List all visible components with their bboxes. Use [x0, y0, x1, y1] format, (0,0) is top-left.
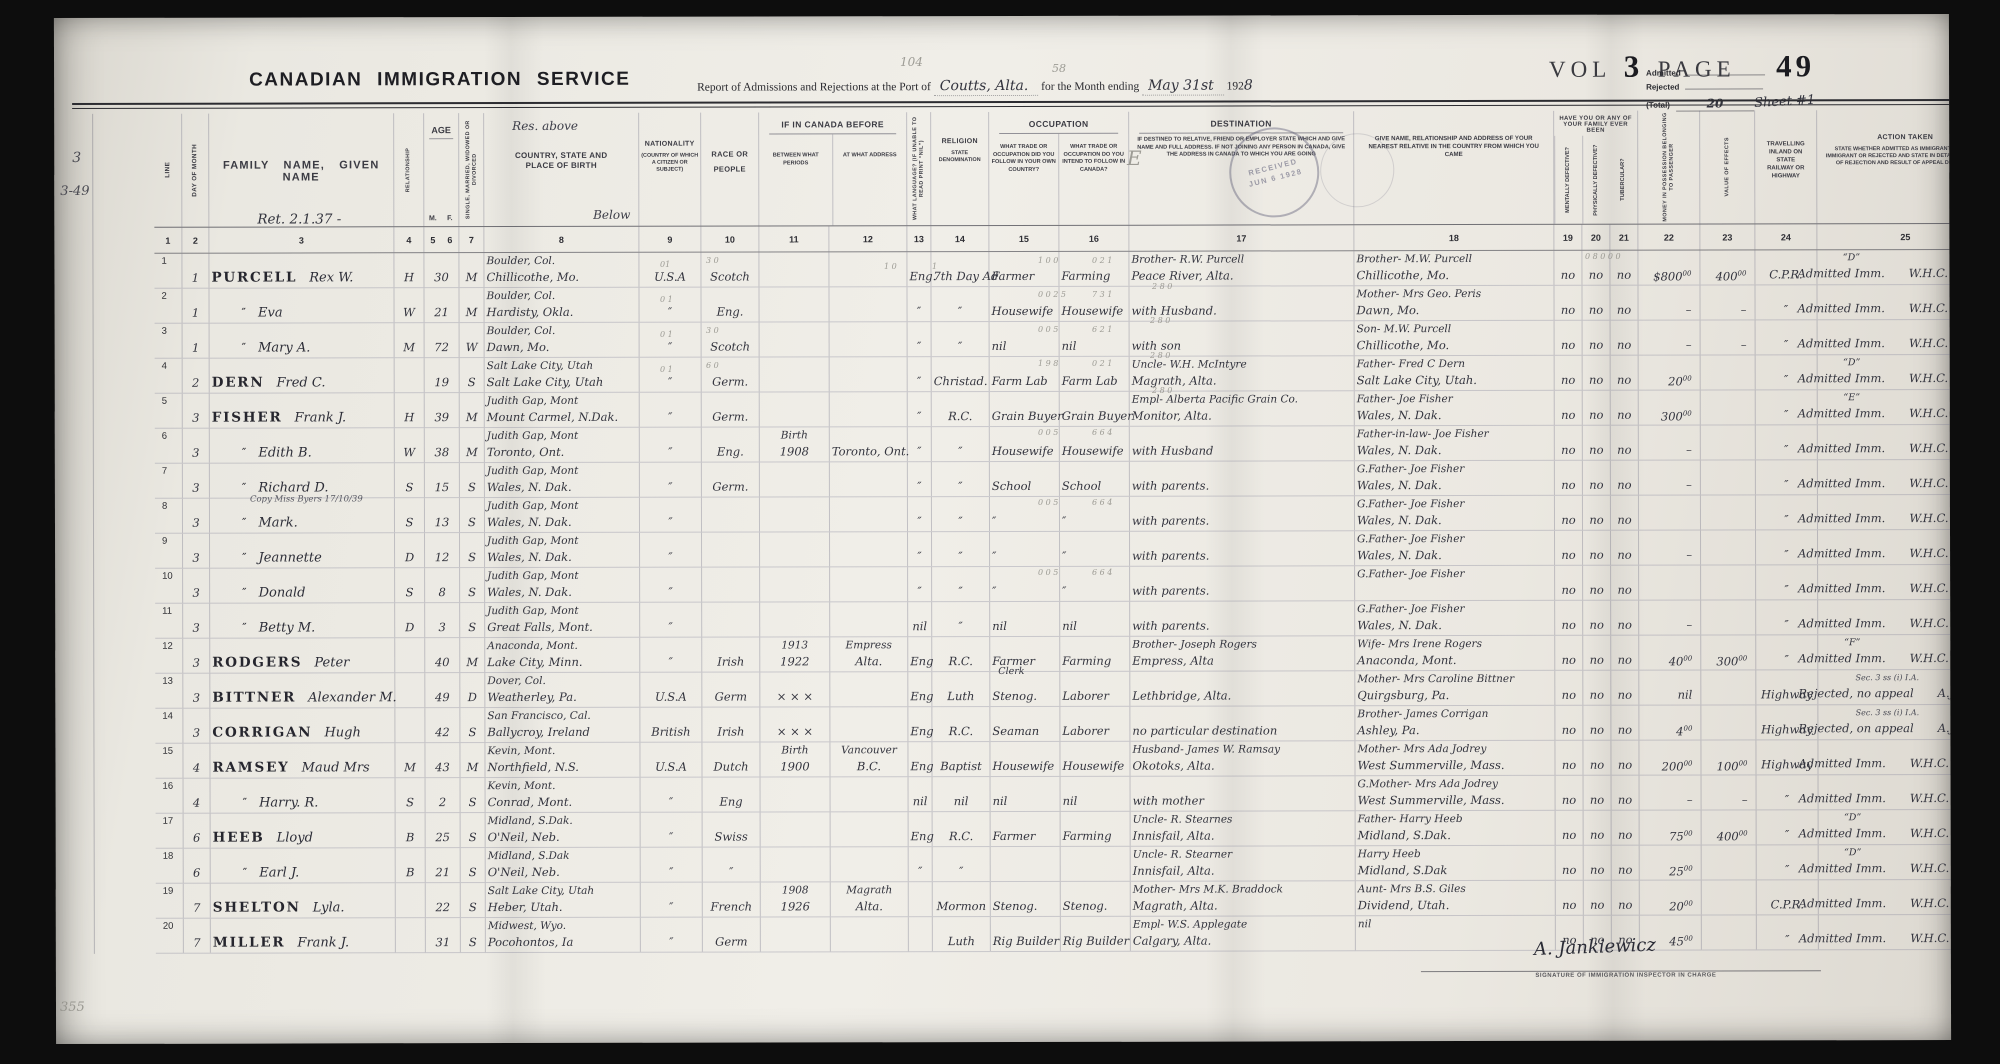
cell-nearest-relative: Brother- James CorriganAshley, Pa.: [1355, 706, 1555, 740]
pencil-mark: 6 6 4: [1092, 568, 1112, 577]
cell-effects: –: [1701, 320, 1756, 354]
cell-canada-periods: [760, 497, 830, 531]
vol-value: 3: [1624, 49, 1640, 84]
cell-physically: no: [1583, 741, 1611, 775]
family-name: ″: [212, 480, 247, 494]
cell-canada-address: [830, 462, 908, 496]
cell-birthplace: Judith Gap, MontGreat Falls, Mont.: [485, 603, 640, 637]
cell-religion: ″: [932, 567, 990, 601]
cell-marital: D: [460, 673, 485, 707]
cell-canada-address: [830, 602, 908, 636]
cell-relationship: M: [395, 743, 425, 777]
cell-destination: Uncle- R. StearnesInnisfail, Alta.: [1131, 811, 1356, 845]
cell-mentally: no: [1555, 531, 1583, 565]
cell-canada-periods: [760, 532, 830, 566]
cell-canada-periods: [761, 917, 831, 951]
cell-physically: no: [1584, 811, 1612, 845]
col-header-nationality: NATIONALITY(COUNTRY OF WHICH A CITIZEN O…: [639, 113, 701, 226]
action-text: Admitted Imm.: [1798, 406, 1885, 420]
cell-destination: Lethbridge, Alta.: [1130, 671, 1355, 705]
cell-language: ″: [908, 322, 932, 356]
cell-occupation-intend: Rig Builder: [1061, 917, 1131, 951]
inspector-initials: A.J.: [1938, 686, 1951, 700]
clerk-note: Copy Miss Byers 17/10/39: [250, 494, 363, 504]
cell-nationality: ″: [640, 358, 702, 392]
cell-line-number: 16: [156, 779, 184, 813]
cell-physically: no: [1583, 636, 1611, 670]
cell-day: 3: [183, 429, 210, 463]
column-number: 56: [424, 227, 459, 252]
cell-destination: Brother- Joseph RogersEmpress, Alta: [1130, 636, 1355, 670]
cell-effects: [1702, 880, 1757, 914]
cell-canada-periods: [759, 252, 829, 286]
cell-money: –: [1638, 286, 1700, 320]
col-header-name: FAMILY NAME, GIVEN NAME: [209, 113, 394, 226]
pencil-mark: 0 0 5: [1038, 568, 1058, 577]
form-title: CANADIAN IMMIGRATION SERVICE: [249, 69, 630, 92]
cell-name: FISHERFrank J.: [210, 393, 395, 427]
cell-age: 8: [425, 568, 460, 602]
cell-language: [909, 882, 933, 916]
cell-line-number: 20: [156, 919, 184, 953]
cell-mentally: no: [1555, 496, 1583, 530]
cell-action: Admitted Imm.W.H.C.: [1819, 775, 1952, 809]
inspector-initials: W.H.C.: [1910, 616, 1949, 630]
cell-effects: [1701, 530, 1756, 564]
cell-action: Admitted Imm.W.H.C.: [1818, 530, 1951, 564]
pencil-mark: 104: [900, 55, 923, 69]
column-number: 23: [1700, 224, 1755, 249]
cell-occupation-own: nil: [990, 602, 1060, 636]
cell-day: 4: [183, 744, 210, 778]
cell-day: 3: [183, 394, 210, 428]
cell-canada-periods: Birth1908: [760, 427, 830, 461]
pencil-mark: 6 2 1: [1092, 325, 1112, 334]
cell-relationship: W: [395, 428, 425, 462]
cell-physically: no: [1583, 391, 1611, 425]
action-text: Rejected, no appeal: [1798, 686, 1913, 700]
margin-note: 3: [72, 150, 81, 166]
cell-physically: no: [1583, 566, 1611, 600]
cell-nearest-relative: Mother- Mrs Caroline BittnerQuirgsburg, …: [1355, 671, 1555, 705]
cell-occupation-own: Housewife: [990, 742, 1060, 776]
cell-occupation-intend: nil: [1061, 777, 1131, 811]
cell-action: “D”Admitted Imm.W.H.C.: [1819, 810, 1951, 844]
action-text: Admitted Imm.: [1798, 546, 1885, 560]
column-number: 10: [701, 227, 759, 252]
cell-effects: –: [1700, 285, 1755, 319]
cell-mentally: no: [1554, 251, 1582, 285]
family-name: HEEB: [213, 829, 265, 845]
cell-mentally: no: [1555, 671, 1583, 705]
cell-nearest-relative: Mother- Mrs Ada JodreyWest Summerville, …: [1355, 741, 1555, 775]
year-entry: 8: [1244, 77, 1253, 93]
action-text: Admitted Imm.: [1799, 896, 1886, 910]
cell-race: Eng: [703, 778, 761, 812]
cell-destination: with mother: [1131, 776, 1356, 810]
cell-occupation-own: Seaman: [990, 707, 1060, 741]
pencil-mark: 355: [60, 1000, 85, 1015]
given-name: Fred C.: [276, 375, 325, 390]
pencil-mark: 2 8 0: [1150, 351, 1170, 360]
inspector-initials: W.H.C.: [1909, 581, 1948, 595]
column-number: 3: [209, 227, 394, 252]
given-name: Mary A.: [258, 340, 310, 355]
cell-occupation-own: Rig Builder: [991, 917, 1061, 951]
cell-line-number: 3: [155, 324, 183, 358]
cell-occupation-intend: Laborer: [1060, 672, 1130, 706]
pencil-mark: 0 2 1: [1092, 359, 1112, 368]
inspector-initials: W.H.C.: [1910, 826, 1949, 840]
cell-effects: [1701, 355, 1756, 389]
cell-line-number: 19: [156, 884, 184, 918]
pencil-mark: 0 1: [660, 330, 673, 339]
cell-occupation-intend: School: [1060, 462, 1130, 496]
pencil-mark: 1: [932, 262, 937, 271]
cell-marital: M: [460, 638, 485, 672]
cell-line-number: 17: [156, 814, 184, 848]
below-note: Below: [593, 208, 630, 222]
rejected-label: Rejected: [1646, 83, 1679, 92]
ledger-edge-line: [92, 114, 95, 954]
col-header-race: RACE OR PEOPLE: [701, 113, 759, 226]
cell-birthplace: Kevin, Mont.Conrad, Mont.: [486, 778, 641, 812]
cell-nearest-relative: Aunt- Mrs B.S. GilesDividend, Utah.: [1356, 881, 1556, 915]
cell-action: Admitted Imm.W.H.C.: [1818, 460, 1951, 494]
pencil-mark: 0 1: [660, 295, 673, 304]
cell-occupation-intend: Farming: [1061, 812, 1131, 846]
pencil-mark: 0 1: [660, 365, 673, 374]
given-name: Earl J.: [259, 865, 299, 880]
pencil-mark: 6 0: [706, 361, 719, 370]
column-number: 14: [931, 226, 989, 251]
cell-canada-address: Toronto, Ont.: [830, 427, 908, 461]
cell-mentally: no: [1556, 776, 1584, 810]
cell-effects: 30000: [1701, 635, 1756, 669]
cell-money: [1639, 496, 1701, 530]
cell-nearest-relative: Father- Joe FisherWales, N. Dak.: [1355, 391, 1555, 425]
pencil-mark: 0 8 0 0 0: [1585, 252, 1621, 261]
col-header-day: DAY OF MONTH: [182, 114, 209, 227]
cell-race: Germ: [703, 918, 761, 952]
cell-language: ″: [908, 462, 932, 496]
cell-canada-periods: [760, 392, 830, 426]
cell-religion: ″: [932, 462, 990, 496]
cell-language: ″: [908, 532, 932, 566]
cell-physically: no: [1583, 426, 1611, 460]
cell-canada-address: [831, 917, 909, 951]
cell-occupation-own: [991, 847, 1061, 881]
cell-money: 7500: [1640, 811, 1702, 845]
cell-language: ″: [908, 497, 932, 531]
cell-canada-periods: 19131922: [760, 637, 830, 671]
table-row: 123RODGERSPeter40MAnaconda, Mont.Lake Ci…: [155, 635, 1951, 674]
cell-mentally: no: [1555, 636, 1583, 670]
cell-relationship: B: [396, 848, 426, 882]
cell-effects: [1701, 600, 1756, 634]
cell-tubercular: no: [1611, 741, 1639, 775]
cell-action: Admitted Imm.W.H.C.: [1818, 495, 1951, 529]
cell-race: Germ.: [702, 463, 760, 497]
report-middle: for the Month ending: [1041, 81, 1139, 93]
cell-nationality: ″: [641, 813, 703, 847]
inspector-initials: W.H.C.: [1909, 336, 1948, 350]
column-number: 17: [1129, 225, 1354, 250]
cell-action: Admitted Imm.W.H.C.: [1818, 425, 1951, 459]
cell-destination: with parents.: [1130, 461, 1355, 495]
action-text: Admitted Imm.: [1798, 301, 1885, 315]
cell-money: 400: [1639, 706, 1701, 740]
cell-race: [702, 568, 760, 602]
cell-destination: with parents.: [1130, 601, 1355, 635]
res-above-note: Res. above: [512, 119, 578, 133]
cell-age: 25: [426, 813, 461, 847]
inspector-initials: W.H.C.: [1909, 546, 1948, 560]
cell-line-number: 14: [155, 709, 183, 743]
column-number: 2: [182, 228, 209, 253]
cell-line-number: 5: [155, 394, 183, 428]
action-text: Admitted Imm.: [1799, 861, 1886, 875]
cell-relationship: H: [394, 253, 424, 287]
family-name: FISHER: [212, 409, 283, 425]
cell-language: ″: [908, 392, 932, 426]
cell-age: 2: [426, 778, 461, 812]
cell-age: 21: [424, 288, 459, 322]
cell-physically: no: [1583, 356, 1611, 390]
cell-canada-periods: Birth1900: [760, 742, 830, 776]
cell-race: Irish: [702, 638, 760, 672]
cell-tubercular: no: [1611, 531, 1639, 565]
family-name: MILLER: [213, 934, 286, 950]
cell-birthplace: Judith Gap, MontToronto, Ont.: [485, 428, 640, 462]
cell-occupation-intend: nil: [1060, 602, 1130, 636]
cell-nearest-relative: Father-in-law- Joe FisherWales, N. Dak.: [1355, 426, 1555, 460]
cell-canada-address: [831, 812, 909, 846]
cell-marital: M: [459, 253, 484, 287]
cell-effects: 40000: [1700, 250, 1755, 284]
cell-physically: no: [1583, 321, 1611, 355]
cell-canada-address: [830, 672, 908, 706]
column-number: 7: [459, 227, 484, 252]
cell-occupation-own: ″: [990, 532, 1060, 566]
inspector-signature: A. Jankiewicz: [1534, 935, 1657, 960]
admitted-line: [1687, 74, 1765, 75]
cell-language: ″: [908, 567, 932, 601]
cell-line-number: 15: [155, 744, 183, 778]
cell-money: –: [1639, 531, 1701, 565]
inspector-initials: W.H.C.: [1909, 371, 1948, 385]
cell-canada-periods: [760, 567, 830, 601]
pencil-mark: 0 0 5: [1038, 325, 1058, 334]
cell-occupation-intend: Stenog.: [1061, 882, 1131, 916]
cell-line-number: 10: [155, 569, 183, 603]
table-header-row: LINEDAY OF MONTHFAMILY NAME, GIVEN NAMER…: [154, 110, 1951, 228]
table-row: 164″Harry. R.S2SKevin, Mont.Conrad, Mont…: [156, 775, 1952, 814]
cell-religion: Luth: [932, 672, 990, 706]
cell-money: –: [1640, 776, 1702, 810]
cell-destination: with parents.: [1130, 566, 1355, 600]
cell-religion: R.C.: [933, 812, 991, 846]
cell-nationality: ″: [640, 498, 702, 532]
cell-age: 43: [425, 743, 460, 777]
cell-race: [702, 533, 760, 567]
table-row: 176HEEBLloydB25SMidland, S.Dak.O'Neil, N…: [156, 810, 1951, 849]
column-number: 19: [1554, 225, 1582, 250]
cell-occupation-intend: Grain Buyer: [1060, 392, 1130, 426]
cell-marital: M: [460, 393, 485, 427]
cell-action: Admitted Imm.W.H.C.: [1818, 740, 1951, 774]
cell-race: [702, 498, 760, 532]
cell-tubercular: no: [1612, 811, 1640, 845]
column-number: 1: [154, 228, 182, 253]
cell-canada-periods: [761, 812, 831, 846]
cell-effects: [1701, 565, 1756, 599]
scanned-ledger-page: CANADIAN IMMIGRATION SERVICE Report of A…: [0, 0, 2000, 1064]
action-text: Admitted Imm.: [1798, 371, 1885, 385]
cell-mentally: no: [1555, 391, 1583, 425]
cell-nationality: U.S.A: [640, 743, 702, 777]
cell-line-number: 11: [155, 604, 183, 638]
cell-age: 30: [424, 253, 459, 287]
cell-religion: ″: [932, 322, 990, 356]
cell-nearest-relative: G.Mother- Mrs Ada JodreyWest Summerville…: [1356, 776, 1556, 810]
cell-tubercular: no: [1611, 566, 1639, 600]
cell-canada-periods: 19081926: [761, 882, 831, 916]
cell-destination: Brother- R.W. PurcellPeace River, Alta.: [1129, 251, 1354, 285]
cell-race: Germ: [702, 673, 760, 707]
cell-relationship: S: [395, 568, 425, 602]
action-text: Admitted Imm.: [1798, 511, 1885, 525]
cell-occupation-own: School: [990, 462, 1060, 496]
cell-mentally: no: [1555, 461, 1583, 495]
given-name: Peter: [314, 655, 349, 670]
cell-nationality: ″: [640, 638, 702, 672]
cell-line-number: 1: [154, 254, 182, 288]
cell-day: 1: [182, 254, 209, 288]
cell-mentally: no: [1555, 601, 1583, 635]
cell-tubercular: no: [1612, 846, 1640, 880]
given-name: Hugh: [324, 725, 360, 740]
cell-canada-address: [830, 357, 908, 391]
cell-canada-periods: [760, 357, 830, 391]
cell-marital: W: [460, 323, 485, 357]
table-row: 207MILLERFrank J.31SMidwest, Wyo.Pocohon…: [156, 915, 1951, 954]
column-number: 11: [759, 226, 829, 251]
cell-physically: no: [1584, 881, 1612, 915]
cell-age: 38: [425, 428, 460, 462]
cell-religion: 7th Day Ad: [931, 252, 989, 286]
cell-age: 31: [426, 918, 461, 952]
cell-birthplace: Dover, Col.Weatherley, Pa.: [485, 673, 640, 707]
cell-nearest-relative: G.Father- Joe Fisher: [1355, 566, 1555, 600]
cell-language: [909, 917, 933, 951]
cell-day: 1: [182, 289, 209, 323]
cell-relationship: S: [395, 498, 425, 532]
cell-effects: [1702, 915, 1757, 949]
cell-day: 3: [183, 464, 210, 498]
pencil-mark: 0 0 5: [1038, 498, 1058, 507]
cell-line-number: 18: [156, 849, 184, 883]
action-text: Admitted Imm.: [1799, 791, 1886, 805]
cell-religion: Luth: [933, 917, 991, 951]
cell-marital: M: [459, 288, 484, 322]
cell-age: 39: [425, 393, 460, 427]
margin-note: 3-49: [60, 184, 89, 199]
col-header-occupation: OCCUPATIONWHAT TRADE OR OCCUPATION DID Y…: [989, 112, 1129, 225]
family-name: DERN: [212, 374, 265, 390]
cell-mentally: no: [1555, 706, 1583, 740]
cell-line-number: 13: [155, 674, 183, 708]
cell-action: Admitted Imm.W.H.C.: [1818, 600, 1951, 634]
cell-day: 6: [184, 849, 211, 883]
cell-birthplace: Boulder, Col.Chillicothe, Mo.: [484, 253, 639, 287]
action-text: Admitted Imm.: [1798, 336, 1885, 350]
cell-day: 3: [183, 674, 210, 708]
cell-day: 6: [184, 814, 211, 848]
pencil-mark: 2 8 0: [1152, 282, 1172, 291]
cell-line-number: 2: [154, 289, 182, 323]
cell-physically: no: [1583, 496, 1611, 530]
cell-effects: 40000: [1702, 810, 1757, 844]
cell-canada-address: EmpressAlta.: [830, 637, 908, 671]
column-number: 24: [1755, 224, 1817, 249]
cell-relationship: [395, 673, 425, 707]
col-header-travelling: TRAVELLING INLAND ON STATE RAILWAY OR HI…: [1755, 110, 1817, 223]
cell-religion: Christad.: [932, 357, 990, 391]
cell-occupation-own: Grain Buyer: [990, 392, 1060, 426]
pencil-mark: 0 0 2 5: [1038, 290, 1066, 299]
inspector-initials: W.H.C.: [1910, 931, 1949, 945]
cell-physically: no: [1584, 846, 1612, 880]
action-text: Admitted Imm.: [1799, 826, 1886, 840]
cell-religion: ″: [932, 427, 990, 461]
cell-race: Swiss: [703, 813, 761, 847]
column-number: 18: [1354, 225, 1554, 250]
cell-birthplace: Judith Gap, MontWales, N. Dak.: [485, 568, 640, 602]
cell-religion: ″: [932, 532, 990, 566]
cell-marital: S: [460, 603, 485, 637]
cell-mentally: no: [1555, 741, 1583, 775]
col-header-effects: VALUE OF EFFECTS: [1700, 110, 1755, 223]
family-name: ″: [212, 620, 247, 634]
given-name: Lloyd: [277, 830, 313, 845]
inspector-initials: W.H.C.: [1910, 896, 1949, 910]
cell-money: 2000: [1640, 881, 1702, 915]
cell-nearest-relative: Son- M.W. PurcellChillicothe, Mo.: [1355, 321, 1555, 355]
cell-action: “F”Admitted Imm.W.H.C.: [1818, 635, 1951, 669]
table-row: 133BITTNERAlexander M.49DDover, Col.Weat…: [155, 670, 1951, 709]
given-name: Lyla.: [313, 900, 345, 915]
cell-birthplace: Salt Lake City, UtahSalt Lake City, Utah: [485, 358, 640, 392]
admitted-label: Admitted: [1646, 69, 1681, 78]
cell-action: “D”Admitted Imm.W.H.C.: [1818, 355, 1951, 389]
cell-tubercular: no: [1611, 601, 1639, 635]
cell-mentally: no: [1556, 881, 1584, 915]
cell-line-number: 9: [155, 534, 183, 568]
cell-action: Sec. 3 ss (i) I.A.Rejected, on appealA.J…: [1818, 705, 1951, 739]
cell-mentally: no: [1555, 356, 1583, 390]
given-name: Frank J.: [294, 410, 346, 425]
cell-day: 3: [183, 639, 210, 673]
cell-name: RAMSEYMaud Mrs: [210, 743, 395, 777]
action-text: Admitted Imm.: [1797, 266, 1884, 280]
cell-nearest-relative: Father- Harry HeebMidland, S.Dak.: [1356, 811, 1556, 845]
col-header-language: WHAT LANGUAGE? (IF UNABLE TO READ PRINT …: [907, 112, 931, 225]
pencil-mark: 6 6 4: [1092, 428, 1112, 437]
cell-marital: S: [460, 708, 485, 742]
cell-marital: S: [460, 568, 485, 602]
cell-action: Admitted Imm.W.H.C.: [1818, 565, 1951, 599]
